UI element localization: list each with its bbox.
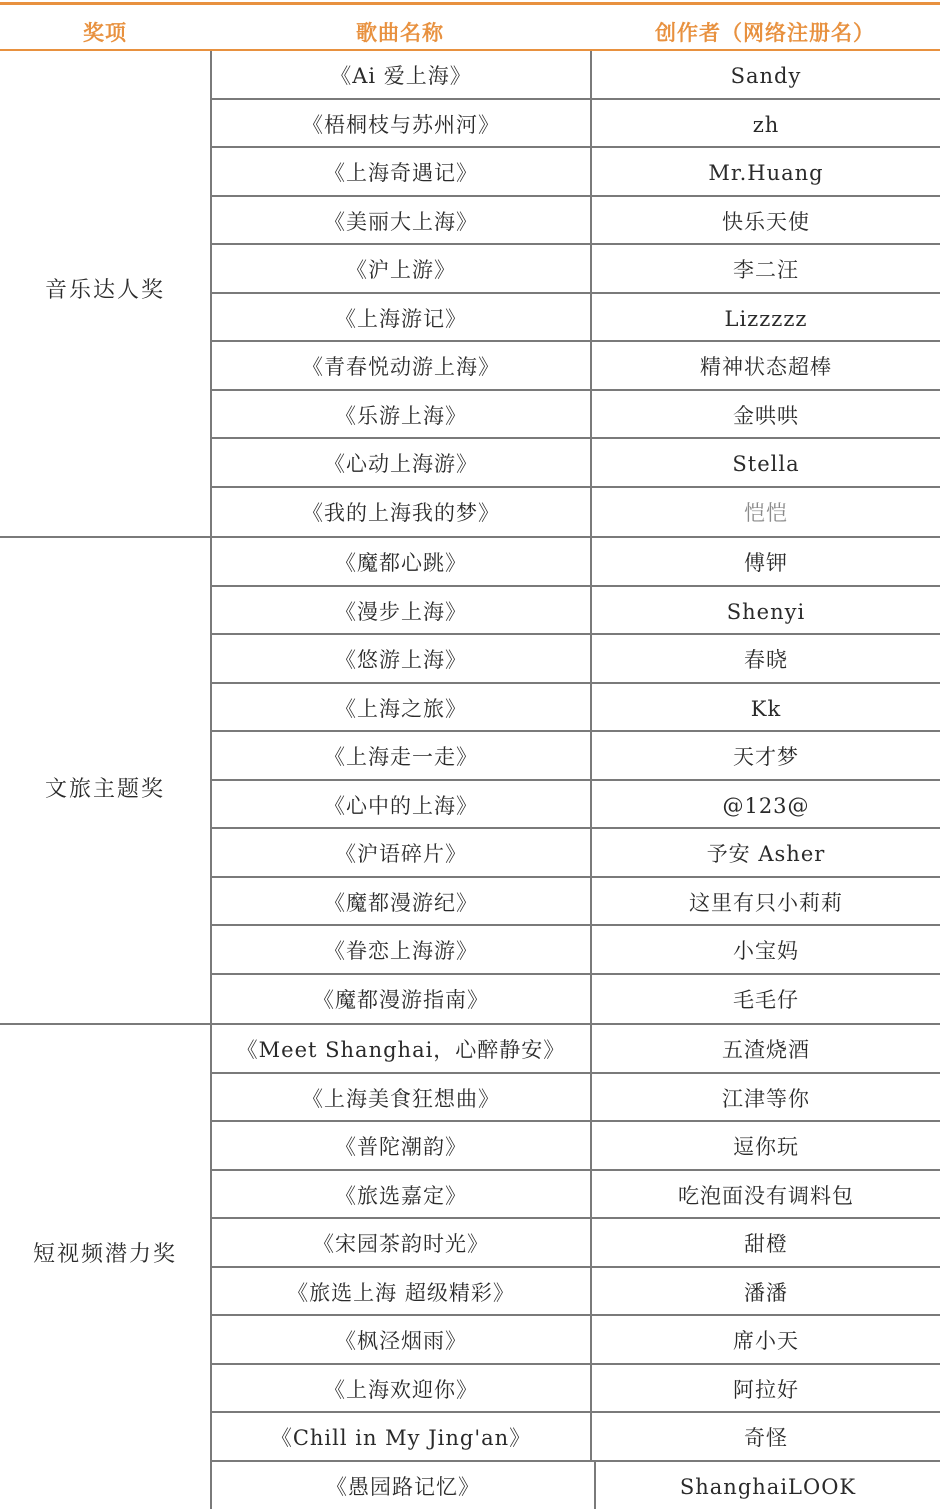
award-group: 文旅主题奖 《魔都心跳》傅钾 《漫步上海》Shenyi 《悠游上海》春晓 《上海… bbox=[0, 538, 940, 1025]
table-row: 《Chill in My Jing'an》奇怪 bbox=[212, 1413, 940, 1462]
song-title: 《上海走一走》 bbox=[212, 732, 592, 779]
header-song: 歌曲名称 bbox=[210, 5, 590, 49]
author-name: 天才梦 bbox=[592, 732, 940, 779]
author-name: 逗你玩 bbox=[592, 1122, 940, 1169]
song-title: 《上海欢迎你》 bbox=[212, 1365, 592, 1412]
award-group: 音乐达人奖 《Ai 爱上海》Sandy 《梧桐枝与苏州河》zh 《上海奇遇记》M… bbox=[0, 51, 940, 538]
table-row: 《上海美食狂想曲》江津等你 bbox=[212, 1074, 940, 1123]
author-name: 春晓 bbox=[592, 635, 940, 682]
author-name: 阿拉好 bbox=[592, 1365, 940, 1412]
table-row: 《上海之旅》Kk bbox=[212, 684, 940, 733]
table-row: 《普陀潮韵》逗你玩 bbox=[212, 1122, 940, 1171]
song-title: 《旅选嘉定》 bbox=[212, 1171, 592, 1218]
author-name: Shenyi bbox=[592, 587, 940, 634]
table-row: 《上海走一走》天才梦 bbox=[212, 732, 940, 781]
table-row: 《沪语碎片》予安 Asher bbox=[212, 829, 940, 878]
table-row: 《我的上海我的梦》恺恺 bbox=[212, 488, 940, 537]
song-title: 《Meet Shanghai，心醉静安》 bbox=[212, 1025, 592, 1072]
author-name: Sandy bbox=[592, 51, 940, 98]
song-title: 《心动上海游》 bbox=[212, 439, 592, 486]
table-row: 《魔都漫游纪》这里有只小莉莉 bbox=[212, 878, 940, 927]
song-title: 《上海美食狂想曲》 bbox=[212, 1074, 592, 1121]
table-row: 《旅选上海 超级精彩》潘潘 bbox=[212, 1268, 940, 1317]
song-title: 《梧桐枝与苏州河》 bbox=[212, 100, 592, 147]
song-title: 《美丽大上海》 bbox=[212, 197, 592, 244]
song-title: 《青春悦动游上海》 bbox=[212, 342, 592, 389]
author-name: ShanghaiLOOK bbox=[596, 1462, 940, 1509]
song-title: 《漫步上海》 bbox=[212, 587, 592, 634]
group-rows: 《Ai 爱上海》Sandy 《梧桐枝与苏州河》zh 《上海奇遇记》Mr.Huan… bbox=[210, 51, 940, 536]
author-name: 李二汪 bbox=[592, 245, 940, 292]
table-row: 《青春悦动游上海》精神状态超棒 bbox=[212, 342, 940, 391]
song-title: 《愚园路记忆》 bbox=[212, 1462, 596, 1509]
author-name: 精神状态超棒 bbox=[592, 342, 940, 389]
author-name: 江津等你 bbox=[592, 1074, 940, 1121]
table-header: 奖项 歌曲名称 创作者（网络注册名） bbox=[0, 5, 940, 49]
table-row: 《宋园茶韵时光》甜橙 bbox=[212, 1219, 940, 1268]
author-name: 金哄哄 bbox=[592, 391, 940, 438]
author-name: Stella bbox=[592, 439, 940, 486]
song-title: 《Chill in My Jing'an》 bbox=[212, 1413, 592, 1460]
table-row: 《上海欢迎你》阿拉好 bbox=[212, 1365, 940, 1414]
table-row: 《心动上海游》Stella bbox=[212, 439, 940, 488]
table-row: 《魔都漫游指南》毛毛仔 bbox=[212, 975, 940, 1024]
award-group: 短视频潜力奖 《Meet Shanghai，心醉静安》五渣烧酒 《上海美食狂想曲… bbox=[0, 1025, 940, 1509]
award-label: 音乐达人奖 bbox=[0, 273, 210, 304]
table-row: 《心中的上海》@123@ bbox=[212, 781, 940, 830]
table-row: 《Ai 爱上海》Sandy bbox=[212, 51, 940, 100]
song-title: 《上海之旅》 bbox=[212, 684, 592, 731]
table-row: 《愚园路记忆》ShanghaiLOOK bbox=[212, 1462, 940, 1509]
author-name: 五渣烧酒 bbox=[592, 1025, 940, 1072]
song-title: 《沪语碎片》 bbox=[212, 829, 592, 876]
author-name: 小宝妈 bbox=[592, 926, 940, 973]
author-name: 恺恺 bbox=[592, 488, 940, 537]
song-title: 《上海游记》 bbox=[212, 294, 592, 341]
table-row: 《魔都心跳》傅钾 bbox=[212, 538, 940, 587]
table-row: 《沪上游》李二汪 bbox=[212, 245, 940, 294]
header-award: 奖项 bbox=[0, 5, 210, 49]
song-title: 《眷恋上海游》 bbox=[212, 926, 592, 973]
author-name: Mr.Huang bbox=[592, 148, 940, 195]
author-name: 毛毛仔 bbox=[592, 975, 940, 1024]
song-title: 《上海奇遇记》 bbox=[212, 148, 592, 195]
song-title: 《Ai 爱上海》 bbox=[212, 51, 592, 98]
author-name: 吃泡面没有调料包 bbox=[592, 1171, 940, 1218]
award-label: 文旅主题奖 bbox=[0, 772, 210, 803]
song-title: 《我的上海我的梦》 bbox=[212, 488, 592, 537]
song-title: 《普陀潮韵》 bbox=[212, 1122, 592, 1169]
song-title: 《宋园茶韵时光》 bbox=[212, 1219, 592, 1266]
author-name: 席小天 bbox=[592, 1316, 940, 1363]
song-title: 《心中的上海》 bbox=[212, 781, 592, 828]
author-name: 予安 Asher bbox=[592, 829, 940, 876]
author-name: Kk bbox=[592, 684, 940, 731]
song-title: 《魔都心跳》 bbox=[212, 538, 592, 585]
author-name: 奇怪 bbox=[592, 1413, 940, 1460]
song-title: 《旅选上海 超级精彩》 bbox=[212, 1268, 592, 1315]
author-name: 这里有只小莉莉 bbox=[592, 878, 940, 925]
table-row: 《Meet Shanghai，心醉静安》五渣烧酒 bbox=[212, 1025, 940, 1074]
table-row: 《上海游记》Lizzzzz bbox=[212, 294, 940, 343]
table-row: 《悠游上海》春晓 bbox=[212, 635, 940, 684]
song-title: 《枫泾烟雨》 bbox=[212, 1316, 592, 1363]
group-rows: 《Meet Shanghai，心醉静安》五渣烧酒 《上海美食狂想曲》江津等你 《… bbox=[210, 1025, 940, 1509]
table-row: 《枫泾烟雨》席小天 bbox=[212, 1316, 940, 1365]
author-name: 快乐天使 bbox=[592, 197, 940, 244]
author-name: 傅钾 bbox=[592, 538, 940, 585]
author-name: @123@ bbox=[592, 781, 940, 828]
table-row: 《梧桐枝与苏州河》zh bbox=[212, 100, 940, 149]
author-name: 潘潘 bbox=[592, 1268, 940, 1315]
table-row: 《乐游上海》金哄哄 bbox=[212, 391, 940, 440]
song-title: 《魔都漫游纪》 bbox=[212, 878, 592, 925]
award-label: 短视频潜力奖 bbox=[0, 1237, 210, 1268]
author-name: 甜橙 bbox=[592, 1219, 940, 1266]
song-title: 《乐游上海》 bbox=[212, 391, 592, 438]
table-row: 《漫步上海》Shenyi bbox=[212, 587, 940, 636]
table-row: 《上海奇遇记》Mr.Huang bbox=[212, 148, 940, 197]
song-title: 《悠游上海》 bbox=[212, 635, 592, 682]
table-row: 《旅选嘉定》吃泡面没有调料包 bbox=[212, 1171, 940, 1220]
table-row: 《眷恋上海游》小宝妈 bbox=[212, 926, 940, 975]
author-name: Lizzzzz bbox=[592, 294, 940, 341]
author-name: zh bbox=[592, 100, 940, 147]
header-author: 创作者（网络注册名） bbox=[590, 5, 940, 49]
song-title: 《沪上游》 bbox=[212, 245, 592, 292]
table-row: 《美丽大上海》快乐天使 bbox=[212, 197, 940, 246]
group-rows: 《魔都心跳》傅钾 《漫步上海》Shenyi 《悠游上海》春晓 《上海之旅》Kk … bbox=[210, 538, 940, 1023]
song-title: 《魔都漫游指南》 bbox=[212, 975, 592, 1024]
